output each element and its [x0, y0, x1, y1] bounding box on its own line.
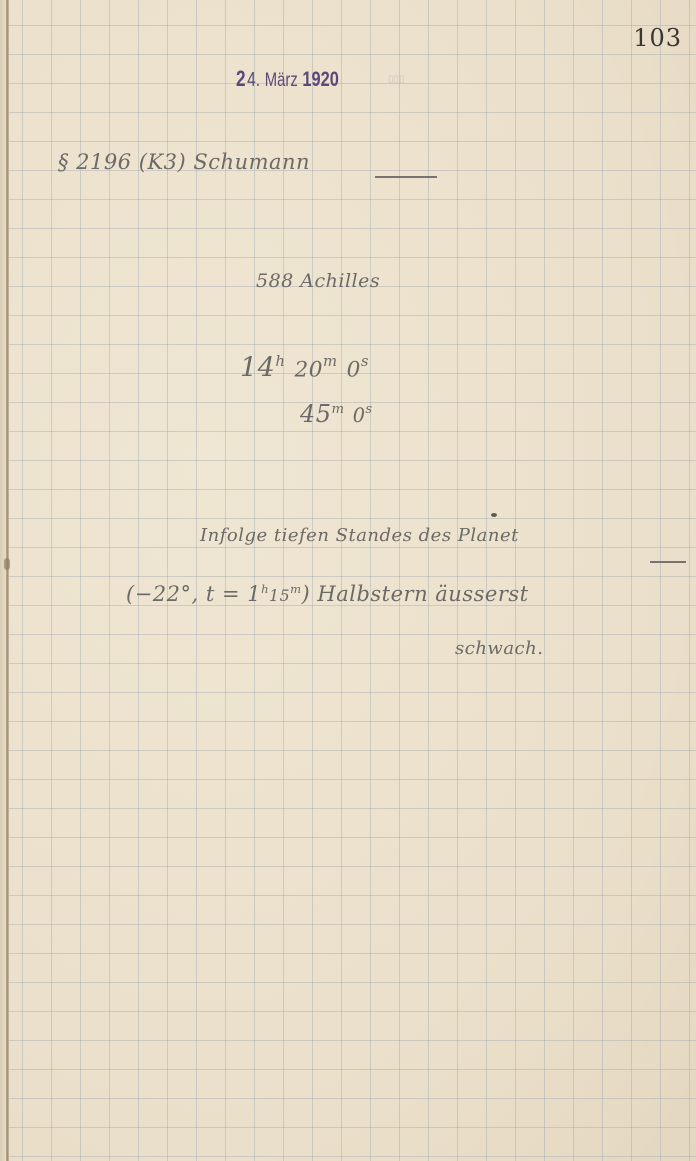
page-binding-edge	[6, 0, 9, 1161]
binding-mark	[4, 558, 10, 570]
note2-h-unit: h	[261, 582, 269, 596]
date-stamp: 24.März1920	[236, 66, 339, 92]
note2-minutes: 15	[269, 586, 290, 605]
stamp-month: März	[265, 70, 298, 91]
note-flourish	[650, 561, 686, 563]
time2-s-unit: s	[365, 402, 372, 417]
entry-heading: § 2196 (K3) Schumann	[58, 150, 310, 174]
stamp-day-units: 4.	[247, 69, 260, 91]
time1-h-unit: h	[275, 352, 285, 370]
entry-note-2b: schwach.	[455, 638, 543, 659]
time1-s-unit: s	[361, 352, 369, 370]
note2-observation: ) Halbstern äusserst	[302, 582, 529, 606]
entry-note-2a: (−22°, t = 1h15m) Halbstern äusserst	[126, 582, 529, 606]
time1-seconds: 0	[347, 357, 361, 382]
faded-stamp-residue: ▯▯▯	[388, 74, 405, 85]
entry-note-1: Infolge tiefen Standes des Planet	[200, 525, 519, 546]
pencil-dot	[491, 513, 497, 517]
time1-hours: 14	[240, 352, 275, 383]
entry-time-1: 14h 20m 0s	[240, 352, 369, 383]
stamp-day-tens: 2	[236, 66, 246, 91]
note2-condition: (−22°, t = 1	[126, 582, 261, 606]
time2-minutes: 45	[300, 400, 332, 428]
page-number: 103	[633, 24, 682, 52]
stamp-year: 1920	[302, 68, 338, 91]
notebook-page: 103 24.März1920 ▯▯▯ § 2196 (K3) Schumann…	[0, 0, 696, 1161]
entry-time-2: 45m 0s	[300, 400, 373, 428]
time2-m-unit: m	[332, 402, 345, 417]
time2-seconds: 0	[353, 404, 366, 427]
time1-m-unit: m	[323, 352, 338, 370]
time1-minutes: 20	[295, 357, 323, 382]
entry-object: 588 Achilles	[256, 270, 380, 292]
note2-m-unit: m	[290, 582, 301, 596]
heading-flourish	[375, 176, 437, 178]
